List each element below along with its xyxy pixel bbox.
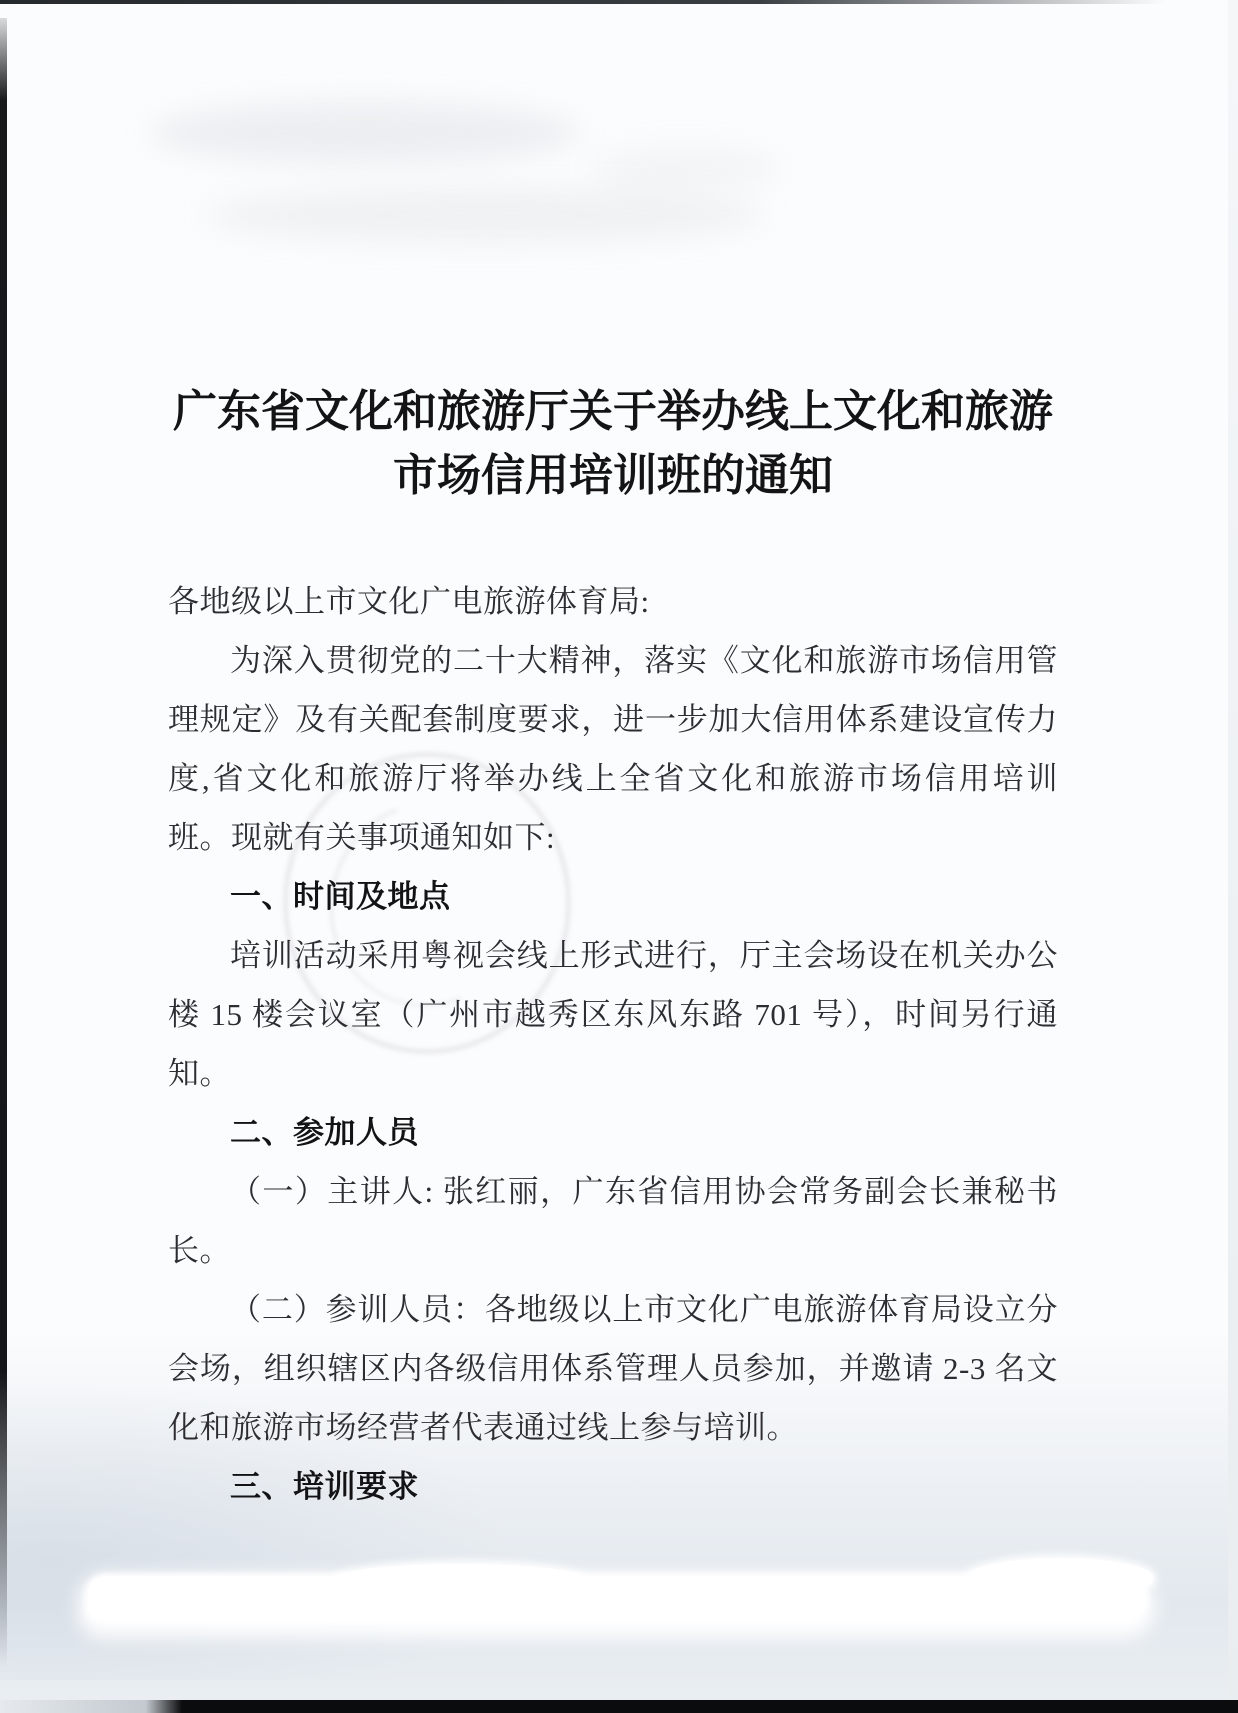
scan-smudge [150, 102, 580, 164]
scan-edge-left [0, 18, 7, 1668]
intro-paragraph: 为深入贯彻党的二十大精神，落实《文化和旅游市场信用管理规定》及有关配套制度要求，… [168, 631, 1058, 867]
section-2-item-1: （一）主讲人: 张红丽，广东省信用协会常务副会长兼秘书长。 [168, 1162, 1058, 1280]
scan-edge-top [0, 0, 1165, 4]
whiteout-strip-bump [968, 1558, 1153, 1596]
scan-edge-right-shade [1228, 0, 1238, 1713]
scanned-page: 广东省文化和旅游厅关于举办线上文化和旅游市场信用培训班的通知 各地级以上市文化广… [0, 0, 1238, 1713]
scan-edge-bottom-left [0, 1700, 182, 1713]
notice-body: 各地级以上市文化广电旅游体育局: 为深入贯彻党的二十大精神，落实《文化和旅游市场… [168, 572, 1058, 1516]
notice-document: 广东省文化和旅游厅关于举办线上文化和旅游市场信用培训班的通知 各地级以上市文化广… [168, 380, 1058, 1516]
section-1-heading: 一、时间及地点 [168, 867, 1058, 926]
scan-smudge [590, 148, 780, 190]
whiteout-strip-bump [335, 1564, 585, 1594]
section-1-paragraph: 培训活动采用粤视会线上形式进行，厅主会场设在机关办公楼 15 楼会议室（广州市越… [168, 926, 1058, 1103]
section-2-item-2: （二）参训人员：各地级以上市文化广电旅游体育局设立分会场，组织辖区内各级信用体系… [168, 1280, 1058, 1457]
scan-smudge [205, 188, 765, 243]
document-title: 广东省文化和旅游厅关于举办线上文化和旅游市场信用培训班的通知 [168, 380, 1058, 508]
section-3-heading: 三、培训要求 [168, 1457, 1058, 1516]
section-2-heading: 二、参加人员 [168, 1103, 1058, 1162]
scan-edge-bottom [182, 1700, 1238, 1713]
salutation: 各地级以上市文化广电旅游体育局: [168, 572, 1058, 631]
